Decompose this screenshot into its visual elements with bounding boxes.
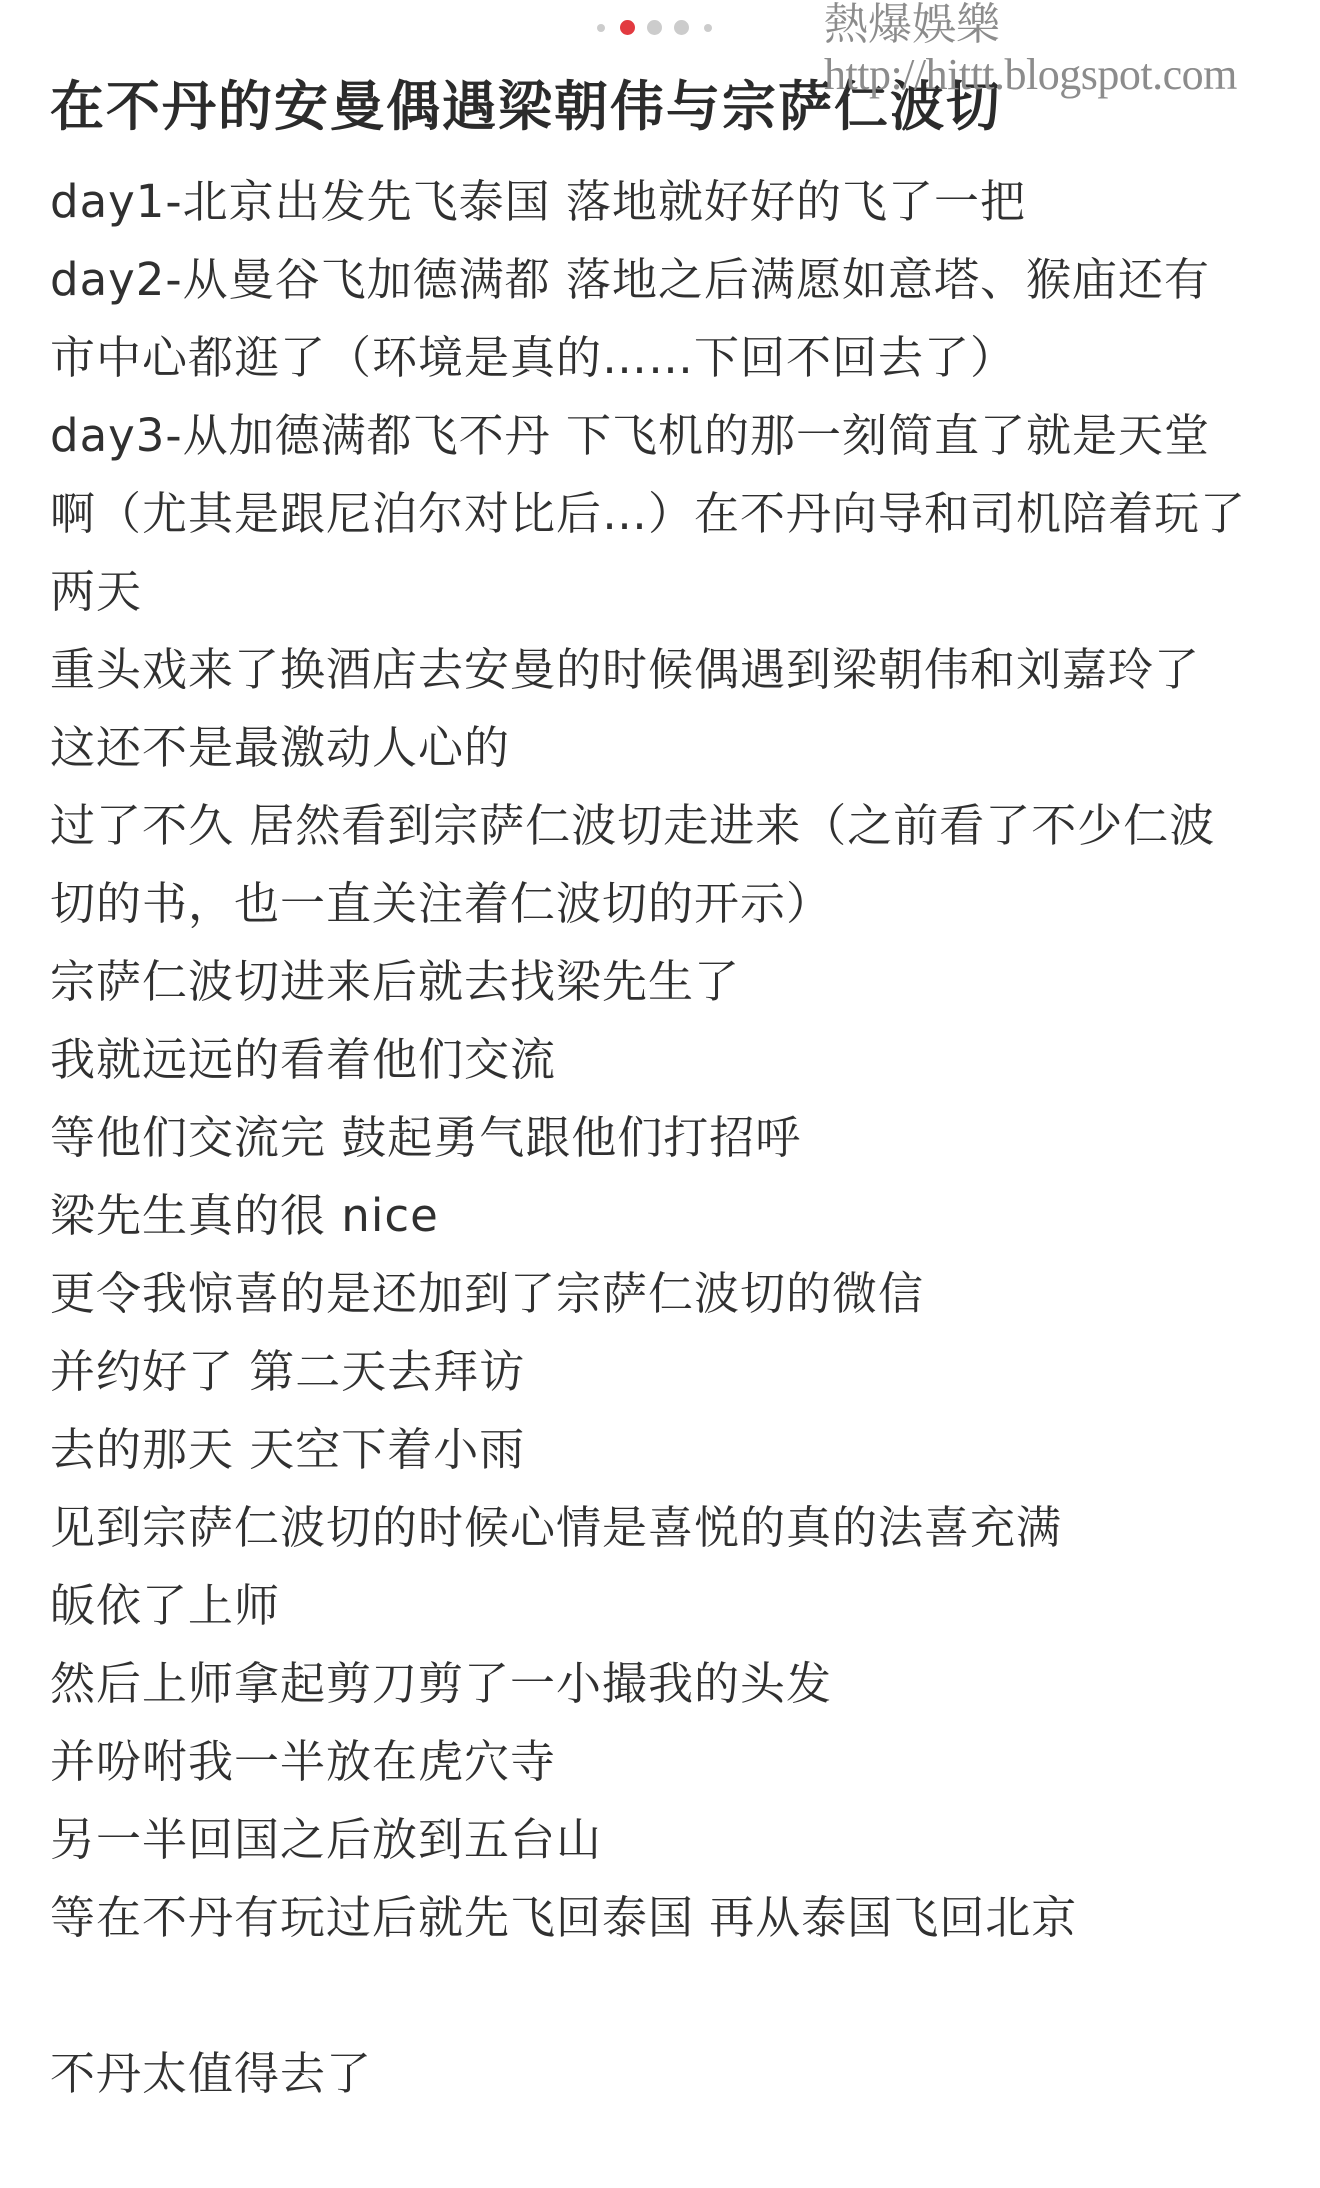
post-line: 啊（尤其是跟尼泊尔对比后…）在不丹向导和司机陪着玩了	[50, 475, 1310, 553]
post-line: day1-北京出发先飞泰国 落地就好好的飞了一把	[50, 163, 1310, 241]
post-line: 梁先生真的很 nice	[50, 1177, 1310, 1255]
post-line: day3-从加德满都飞不丹 下飞机的那一刻简直了就是天堂	[50, 397, 1310, 475]
post-line-closing: 不丹太值得去了	[50, 2035, 1310, 2113]
post-line: day2-从曼谷飞加德满都 落地之后满愿如意塔、猴庙还有	[50, 241, 1310, 319]
post-line: 另一半回国之后放到五台山	[50, 1801, 1310, 1879]
post-line: 见到宗萨仁波切的时候心情是喜悦的真的法喜充满	[50, 1489, 1310, 1567]
post-line: 市中心都逛了（环境是真的……下回不回去了）	[50, 319, 1310, 397]
post-title: 在不丹的安曼偶遇梁朝伟与宗萨仁波切	[50, 76, 1002, 138]
pager-dot-4[interactable]	[674, 20, 689, 35]
post-line: 切的书，也一直关注着仁波切的开示）	[50, 865, 1310, 943]
post-line: 并吩咐我一半放在虎穴寺	[50, 1723, 1310, 1801]
post-line: 更令我惊喜的是还加到了宗萨仁波切的微信	[50, 1255, 1310, 1333]
post-line: 宗萨仁波切进来后就去找梁先生了	[50, 943, 1310, 1021]
pager-dot-3[interactable]	[647, 20, 662, 35]
image-pager	[0, 0, 1320, 56]
pager-dot-2-active[interactable]	[620, 20, 635, 35]
post-line: 去的那天 天空下着小雨	[50, 1411, 1310, 1489]
post-line: 然后上师拿起剪刀剪了一小撮我的头发	[50, 1645, 1310, 1723]
post-line: 过了不久 居然看到宗萨仁波切走进来（之前看了不少仁波	[50, 787, 1310, 865]
post-line: 等他们交流完 鼓起勇气跟他们打招呼	[50, 1099, 1310, 1177]
post-blank-line	[50, 1957, 1310, 2035]
post-line: 我就远远的看着他们交流	[50, 1021, 1310, 1099]
post-line: 并约好了 第二天去拜访	[50, 1333, 1310, 1411]
post-line: 这还不是最激动人心的	[50, 709, 1310, 787]
post-line: 两天	[50, 553, 1310, 631]
post-line: 等在不丹有玩过后就先飞回泰国 再从泰国飞回北京	[50, 1879, 1310, 1957]
post-line: 重头戏来了换酒店去安曼的时候偶遇到梁朝伟和刘嘉玲了	[50, 631, 1310, 709]
post-body: day1-北京出发先飞泰国 落地就好好的飞了一把 day2-从曼谷飞加德满都 落…	[50, 163, 1310, 2113]
post-line: 皈依了上师	[50, 1567, 1310, 1645]
pager-dot-1[interactable]	[597, 24, 605, 32]
pager-dot-5[interactable]	[704, 24, 712, 32]
